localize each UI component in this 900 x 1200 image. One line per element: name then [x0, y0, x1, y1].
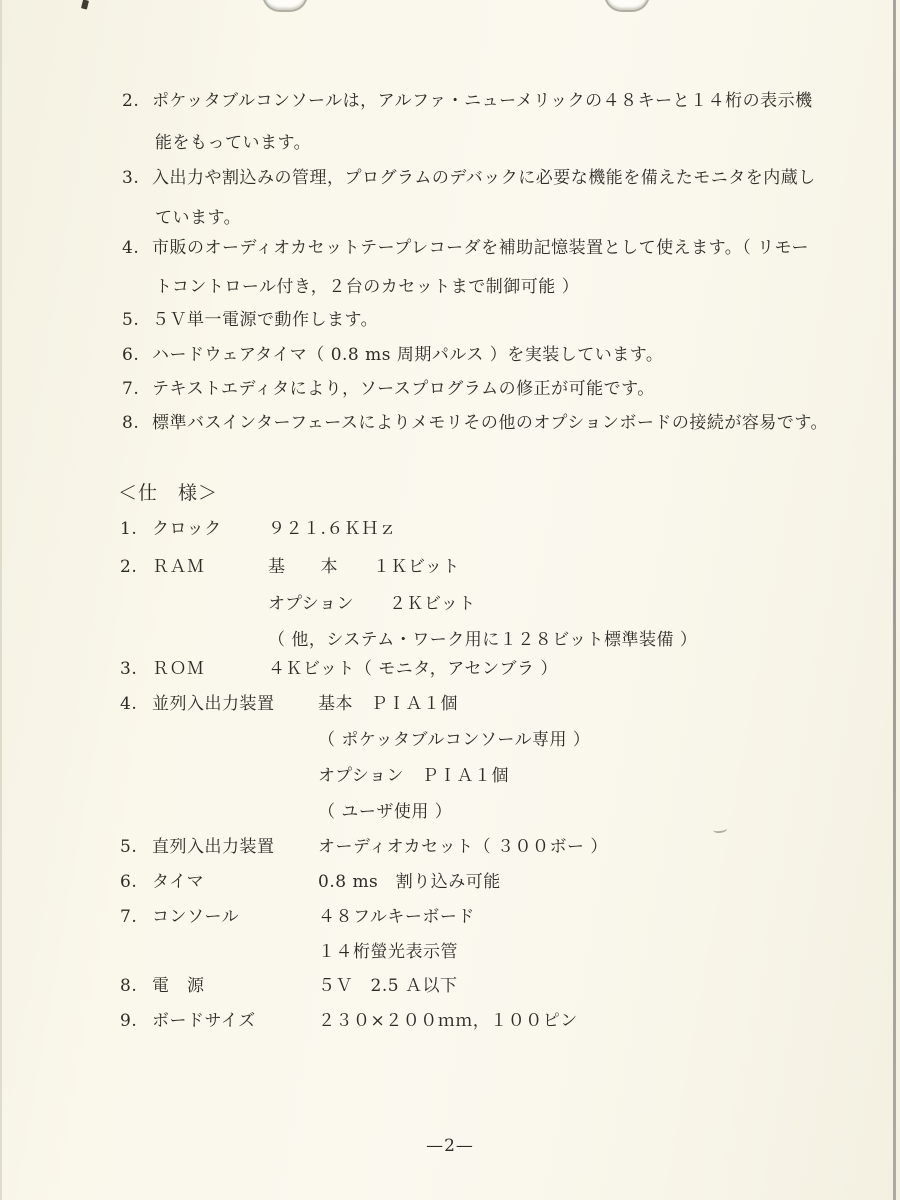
- spec-number: 8.: [120, 975, 152, 997]
- spec-row-2-cont: オプション ２Ｋビット: [268, 593, 476, 615]
- spec-value: （ ユーザ使用 ）: [318, 802, 452, 822]
- ink-mark: [81, 0, 89, 10]
- pencil-mark: [713, 825, 728, 833]
- spec-number: 4.: [120, 693, 152, 715]
- item-number: 2.: [122, 90, 152, 112]
- spec-label: コンソール: [152, 906, 318, 928]
- feature-item-8: 8.標準バスインターフェースによりメモリその他のオプションボードの接続が容易です…: [122, 412, 828, 434]
- spec-number: 5.: [120, 836, 152, 858]
- feature-item-2: 2.ポケッタブルコンソールは，アルファ・ニューメリックの４８キーと１４桁の表示機: [122, 90, 813, 112]
- item-text: トコントロール付き，２台のカセットまで制御可能 ）: [155, 277, 579, 297]
- spec-number: 7.: [120, 906, 152, 928]
- spec-label: ボードサイズ: [152, 1010, 318, 1032]
- item-text: 標準バスインターフェースによりメモリその他のオプションボードの接続が容易です。: [152, 413, 828, 433]
- spec-value: 基 本 １Ｋビット: [268, 557, 460, 577]
- spec-value: ５Ｖ 2.5 Ａ以下: [318, 976, 457, 996]
- punch-hole-left: [262, 0, 308, 12]
- spec-value: 基本 ＰＩＡ１個: [318, 694, 458, 714]
- feature-item-2-cont: 能をもっています。: [155, 132, 311, 154]
- spec-label: 電 源: [152, 975, 318, 997]
- spec-row-4-cont: オプション ＰＩＡ１個: [318, 765, 509, 787]
- spec-number: 3.: [120, 658, 152, 680]
- feature-item-3: 3.入出力や割込みの管理，プログラムのデバックに必要な機能を備えたモニタを内蔵し: [122, 167, 816, 189]
- spec-value: ４８フルキーボード: [318, 907, 475, 927]
- spec-value: （ 他，システム・ワーク用に１２８ビット標準装備 ）: [268, 630, 697, 650]
- spec-row-7-cont: １４桁螢光表示管: [318, 941, 458, 963]
- spec-value: オプション ＰＩＡ１個: [318, 766, 509, 786]
- item-number: 3.: [122, 167, 152, 189]
- feature-item-4-cont: トコントロール付き，２台のカセットまで制御可能 ）: [155, 276, 579, 298]
- item-text: ５Ｖ単一電源で動作します。: [152, 310, 378, 330]
- spec-row-4: 4.並列入出力装置基本 ＰＩＡ１個: [120, 693, 458, 715]
- spec-label: クロック: [152, 518, 268, 540]
- spec-label: タイマ: [152, 871, 318, 893]
- item-text: 市販のオーディオカセットテープレコーダを補助記憶装置として使えます。（ リモー: [152, 238, 809, 258]
- spec-row-2-cont: （ 他，システム・ワーク用に１２８ビット標準装備 ）: [268, 629, 697, 651]
- feature-item-3-cont: ています。: [155, 207, 241, 229]
- feature-item-7: 7.テキストエディタにより，ソースプログラムの修正が可能です。: [122, 378, 655, 400]
- item-text: 入出力や割込みの管理，プログラムのデバックに必要な機能を備えたモニタを内蔵し: [152, 168, 816, 188]
- spec-value: ９２１.６ＫＨｚ: [268, 519, 396, 539]
- spec-label: 並列入出力装置: [152, 693, 318, 715]
- spec-label: ＲＯＭ: [152, 658, 268, 680]
- spec-value: （ ポケッタブルコンソール専用 ）: [318, 730, 590, 750]
- spec-number: 2.: [120, 556, 152, 578]
- spec-number: 6.: [120, 871, 152, 893]
- feature-item-4: 4.市販のオーディオカセットテープレコーダを補助記憶装置として使えます。（ リモ…: [122, 237, 809, 259]
- spec-row-7: 7.コンソール４８フルキーボード: [120, 906, 475, 928]
- item-number: 6.: [122, 344, 152, 366]
- spec-label: ＲＡＭ: [152, 556, 268, 578]
- item-number: 4.: [122, 237, 152, 259]
- item-text: 能をもっています。: [155, 133, 311, 153]
- spec-value: 0.8 ms 割り込み可能: [318, 872, 501, 892]
- item-text: ています。: [155, 208, 241, 228]
- spec-row-9: 9.ボードサイズ２３０×２００ｍｍ，１００ピン: [120, 1010, 578, 1032]
- item-text: ポケッタブルコンソールは，アルファ・ニューメリックの４８キーと１４桁の表示機: [152, 91, 813, 111]
- spec-label: 直列入出力装置: [152, 836, 318, 858]
- feature-item-5: 5.５Ｖ単一電源で動作します。: [122, 309, 378, 331]
- spec-value: １４桁螢光表示管: [318, 942, 458, 962]
- spec-value: ２３０×２００ｍｍ，１００ピン: [318, 1011, 578, 1031]
- spec-value: オーディオカセット（ ３００ボー ）: [318, 837, 608, 857]
- feature-item-6: 6.ハードウェアタイマ（ 0.8 ms 周期パルス ）を実装しています。: [122, 344, 663, 366]
- spec-value: オプション ２Ｋビット: [268, 594, 476, 614]
- spec-row-2: 2.ＲＡＭ基 本 １Ｋビット: [120, 556, 460, 578]
- item-text: テキストエディタにより，ソースプログラムの修正が可能です。: [152, 379, 655, 399]
- item-number: 7.: [122, 378, 152, 400]
- spec-row-8: 8.電 源５Ｖ 2.5 Ａ以下: [120, 975, 457, 997]
- page-number: —2—: [0, 1136, 900, 1156]
- item-text: ハードウェアタイマ（ 0.8 ms 周期パルス ）を実装しています。: [152, 345, 663, 365]
- punch-hole-right: [604, 0, 650, 12]
- item-number: 8.: [122, 412, 152, 434]
- spec-row-1: 1.クロック９２１.６ＫＨｚ: [120, 518, 396, 540]
- specs-heading: ＜仕 様＞: [118, 478, 218, 505]
- page-edge-shadow-left: [0, 0, 2, 1200]
- spec-row-4-cont: （ ユーザ使用 ）: [318, 801, 452, 823]
- spec-number: 1.: [120, 518, 152, 540]
- item-number: 5.: [122, 309, 152, 331]
- spec-row-6: 6.タイマ0.8 ms 割り込み可能: [120, 871, 501, 893]
- spec-row-5: 5.直列入出力装置オーディオカセット（ ３００ボー ）: [120, 836, 608, 858]
- spec-number: 9.: [120, 1010, 152, 1032]
- spec-row-4-cont: （ ポケッタブルコンソール専用 ）: [318, 729, 590, 751]
- document-page: 2.ポケッタブルコンソールは，アルファ・ニューメリックの４８キーと１４桁の表示機…: [0, 0, 900, 1200]
- spec-value: ４Ｋビット（ モニタ，アセンブラ ）: [268, 659, 558, 679]
- spec-row-3: 3.ＲＯＭ４Ｋビット（ モニタ，アセンブラ ）: [120, 658, 558, 680]
- page-edge-shadow-right: [893, 0, 896, 1200]
